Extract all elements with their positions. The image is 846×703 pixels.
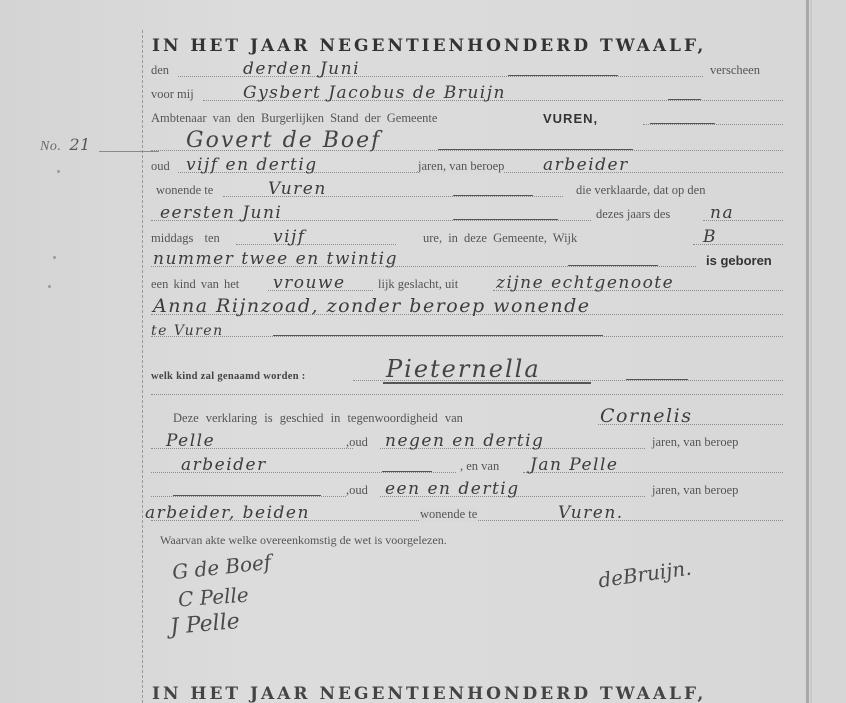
oud-label-3: ,oud	[346, 483, 368, 498]
line-residence: wonende te Vuren die verklaarde, dat op …	[148, 178, 784, 200]
oud-label: oud	[151, 159, 170, 174]
line-child-name: welk kind zal genaamd worden : Pieternel…	[148, 352, 784, 384]
fill-dash	[650, 123, 715, 124]
registrar-name-handwritten: Gysbert Jacobus de Bruijn	[243, 83, 506, 103]
birth-date-handwritten: eersten Juni	[160, 203, 282, 223]
sex-handwritten: vrouwe	[273, 273, 346, 293]
paper-speck	[53, 256, 56, 259]
dotted-line	[151, 336, 783, 337]
witness1-last-handwritten: Pelle	[166, 431, 215, 451]
paper-speck	[57, 170, 60, 173]
date-handwritten: derden Juni	[243, 59, 360, 79]
register-number: No. 21	[40, 135, 159, 155]
line-registrar: voor mij Gysbert Jacobus de Bruijn	[148, 82, 784, 104]
dotted-line	[151, 394, 783, 395]
line-mother: Anna Rijnzoad, zonder beroep wonende	[148, 296, 784, 318]
document-header: IN HET JAAR NEGENTIENHONDERD TWAALF,	[152, 36, 792, 56]
line-witness2-age: ,oud een en dertig jaren, van beroep	[148, 478, 784, 500]
den-label: den	[151, 63, 169, 78]
child-name-handwritten: Pieternella	[386, 355, 541, 383]
line-witness1-age: Pelle ,oud negen en dertig jaren, van be…	[148, 430, 784, 452]
dotted-line	[643, 124, 783, 125]
line-witness-residence: arbeider, beiden wonende te Vuren.	[148, 502, 784, 524]
closing-statement: Waarvan akte welke overeenkomstig de wet…	[160, 533, 447, 548]
paper-speck	[48, 285, 51, 288]
fill-dash	[273, 335, 603, 336]
line-birth-date: eersten Juni dezes jaars des na	[148, 202, 784, 224]
fill-dash	[382, 471, 432, 472]
jaren-beroep-label: jaren, van beroep	[418, 159, 504, 174]
dezes-jaars-label: dezes jaars des	[596, 207, 670, 222]
witness-residence-handwritten: Vuren.	[558, 503, 624, 523]
signature-witness1: C Pelle	[177, 583, 249, 612]
mother-intro-handwritten: zijne echtgenoote	[496, 273, 674, 293]
voor-mij-label: voor mij	[151, 87, 194, 102]
mother-name-handwritten: Anna Rijnzoad, zonder beroep wonende	[153, 295, 591, 317]
dotted-line	[236, 244, 396, 245]
line-hour-wijk: middags ten vijf ure, in deze Gemeente, …	[148, 226, 784, 248]
middags-label: middags ten	[151, 231, 220, 246]
hour-handwritten: vijf	[273, 227, 306, 247]
ambtenaar-text: Ambtenaar van den Burgerlijken Stand der…	[151, 111, 437, 126]
wonende-label: wonende te	[156, 183, 213, 198]
document-page: No. 21 IN HET JAAR NEGENTIENHONDERD TWAA…	[0, 0, 846, 703]
witness2-age-handwritten: een en dertig	[385, 479, 520, 499]
witness1-first-handwritten: Cornelis	[600, 405, 692, 427]
witness2-occupation-handwritten: arbeider, beiden	[145, 503, 310, 523]
residence-handwritten: Vuren	[268, 179, 327, 199]
next-entry-header: IN HET JAAR NEGENTIENHONDERD TWAALF,	[152, 684, 792, 703]
signature-declarant: G de Boef	[171, 550, 272, 584]
genaamd-label: welk kind zal genaamd worden :	[151, 371, 306, 382]
signature-registrar: deBruijn.	[597, 556, 693, 593]
verklaarde-text: die verklaarde, dat op den	[576, 183, 705, 198]
kind-label: een kind van het	[151, 277, 239, 292]
fill-dash	[438, 149, 633, 150]
en-van-label: , en van	[460, 459, 499, 474]
line-mother-residence: te Vuren	[148, 318, 784, 340]
jaren-beroep-label-2: jaren, van beroep	[652, 435, 738, 450]
mother-residence-handwritten: te Vuren	[151, 323, 224, 339]
fill-dash	[626, 379, 688, 380]
fill-dash	[453, 219, 558, 220]
signature-witness2: J Pelle	[169, 609, 241, 640]
register-number-label: No.	[40, 139, 61, 154]
line-witness-intro: Deze verklaring is geschied in tegenwoor…	[148, 406, 784, 428]
fill-dash	[508, 75, 618, 76]
line-house-number: nummer twee en twintig is geboren	[148, 248, 784, 270]
page-edge-shadow	[810, 0, 812, 703]
page-edge-rule	[806, 0, 809, 703]
witness1-occupation-handwritten: arbeider	[181, 455, 267, 475]
witness1-age-handwritten: negen en dertig	[385, 431, 544, 451]
register-number-value: 21	[69, 135, 90, 154]
declarant-age-handwritten: vijf en dertig	[186, 155, 318, 175]
fill-dash	[453, 195, 533, 196]
dotted-line	[151, 496, 346, 497]
line-ambtenaar: Ambtenaar van den Burgerlijken Stand der…	[148, 106, 784, 128]
fill-dash	[173, 495, 321, 496]
fill-dash	[668, 99, 701, 100]
line-sex-parent: een kind van het vrouwe lijk geslacht, u…	[148, 272, 784, 294]
declarant-name-handwritten: Govert de Boef	[186, 128, 381, 153]
declarant-occupation-handwritten: arbeider	[543, 155, 629, 175]
wijk-handwritten: B	[703, 227, 717, 247]
line-declarant: Govert de Boef	[148, 128, 784, 154]
geslacht-text: lijk geslacht, uit	[378, 277, 458, 292]
na-handwritten: na	[710, 203, 734, 223]
fill-dash	[568, 265, 658, 266]
line-blank	[148, 384, 784, 398]
line-date: den derden Juni verscheen	[148, 58, 784, 80]
wonende-label-2: wonende te	[420, 507, 477, 522]
house-number-handwritten: nummer twee en twintig	[153, 249, 398, 269]
is-geboren-label: is geboren	[706, 253, 772, 268]
line-witness2-name: arbeider , en van Jan Pelle	[148, 454, 784, 476]
line-age-occupation: oud vijf en dertig jaren, van beroep arb…	[148, 154, 784, 176]
jaren-beroep-label-3: jaren, van beroep	[652, 483, 738, 498]
verscheen-label: verscheen	[710, 63, 760, 78]
witness2-name-handwritten: Jan Pelle	[530, 455, 618, 475]
oud-label-2: ,oud	[346, 435, 368, 450]
perforation-line	[142, 30, 145, 703]
gemeente-name: VUREN,	[543, 111, 598, 126]
ure-gemeente-text: ure, in deze Gemeente, Wijk	[423, 231, 577, 246]
verklaring-text: Deze verklaring is geschied in tegenwoor…	[173, 411, 463, 426]
